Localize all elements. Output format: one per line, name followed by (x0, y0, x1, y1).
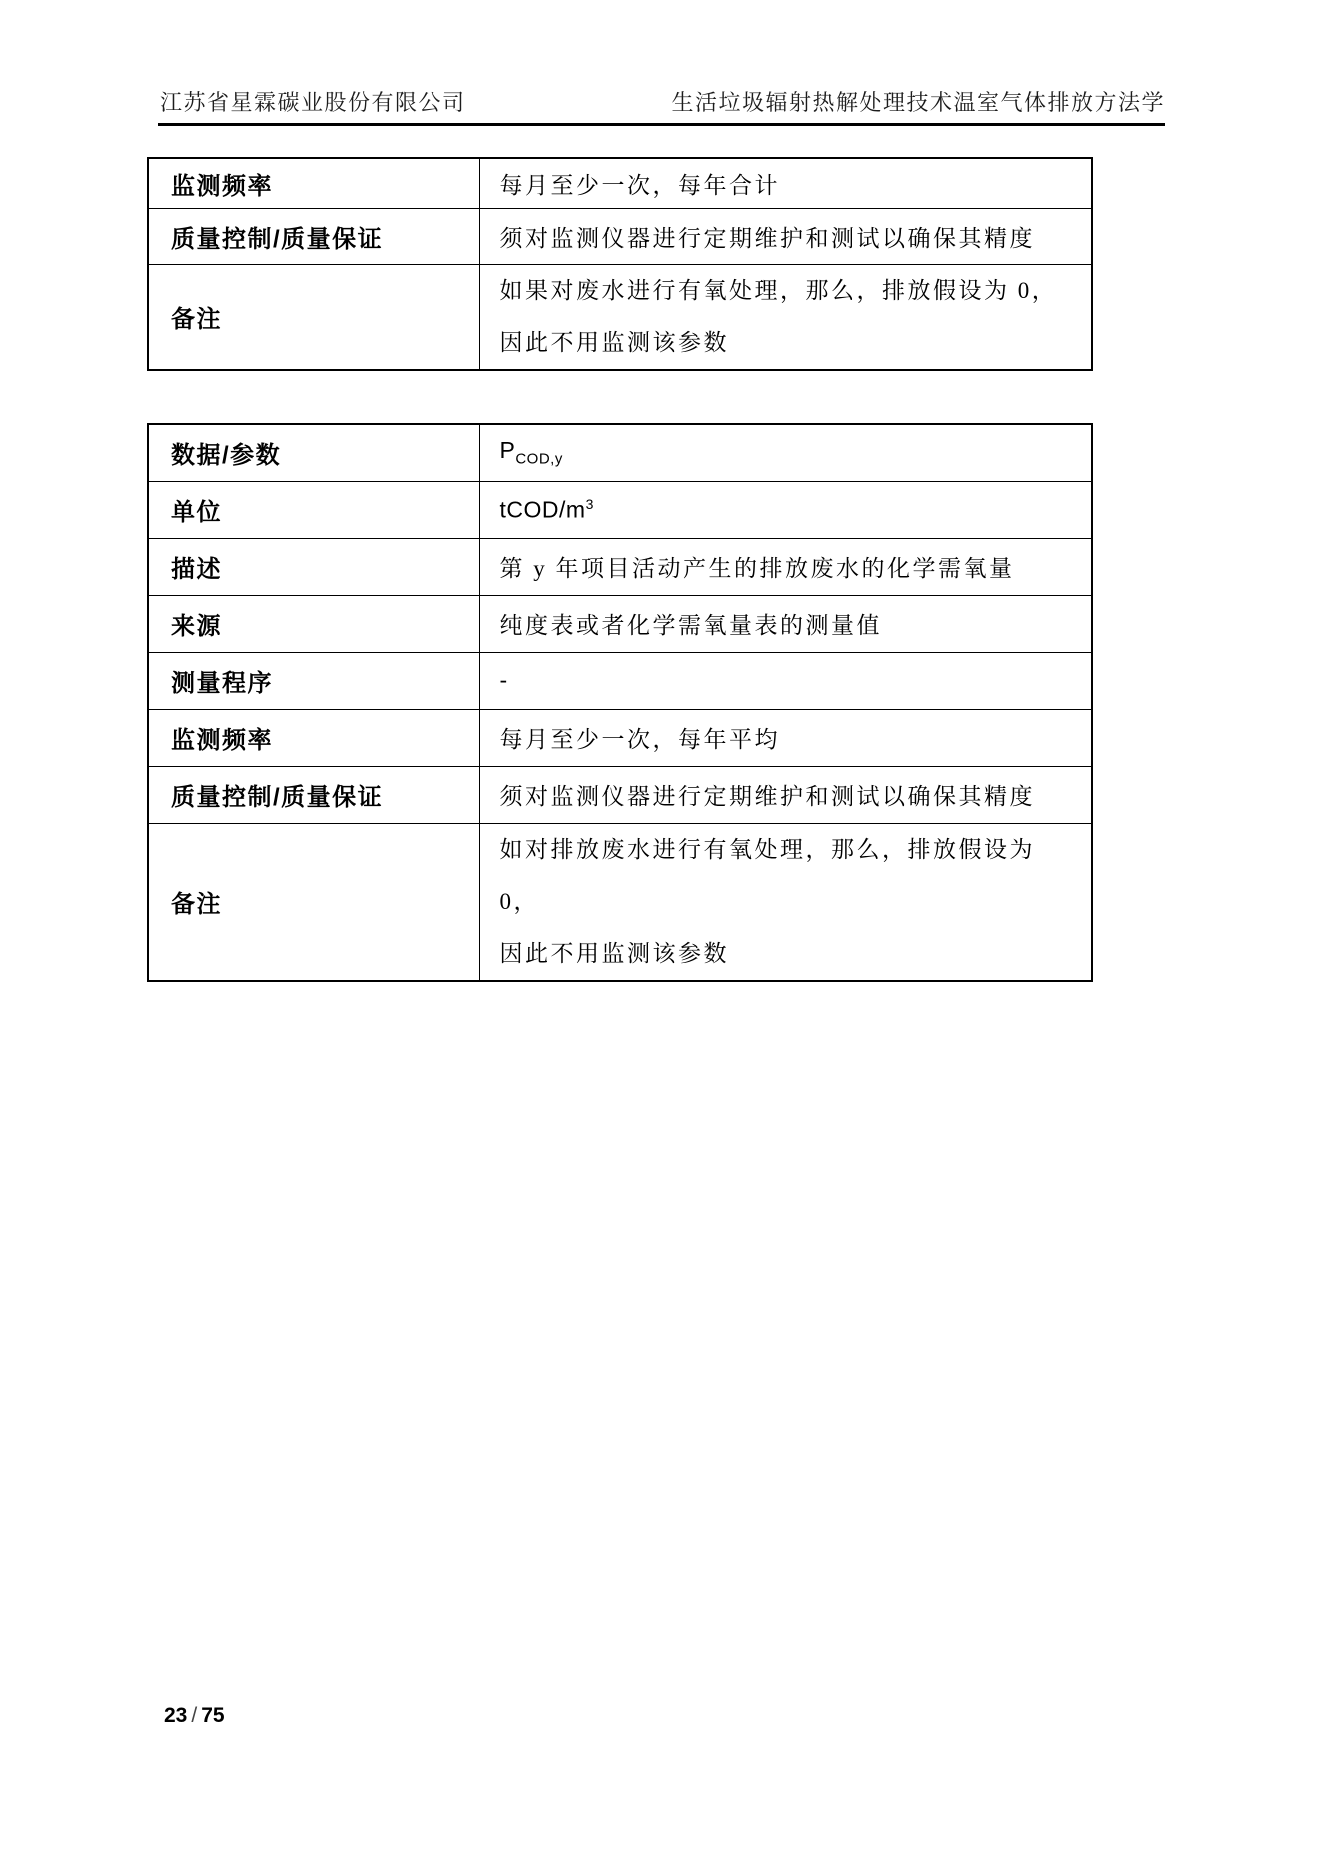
page-number-separator: / (187, 1704, 201, 1727)
row-value: 每月至少一次，每年平均 (479, 709, 1092, 766)
row-label: 质量控制/质量保证 (148, 208, 479, 264)
row-label: 备注 (148, 264, 479, 370)
row-value: PCOD,y (479, 424, 1092, 481)
table-row: 来源 纯度表或者化学需氧量表的测量值 (148, 595, 1092, 652)
row-value: 须对监测仪器进行定期维护和测试以确保其精度 (479, 208, 1092, 264)
parameter-subscript: COD,y (515, 451, 563, 468)
header-rule (158, 123, 1165, 126)
row-value-line: 因此不用监测该参数 (500, 928, 1082, 980)
row-label: 单位 (148, 481, 479, 538)
row-value: 第 y 年项目活动产生的排放废水的化学需氧量 (479, 538, 1092, 595)
unit-text: tCOD/m (500, 496, 586, 522)
row-label: 监测频率 (148, 158, 479, 208)
table-row: 备注 如对排放废水进行有氧处理，那么，排放假设为 0， 因此不用监测该参数 (148, 823, 1092, 981)
row-label: 数据/参数 (148, 424, 479, 481)
table-row: 监测频率 每月至少一次，每年合计 (148, 158, 1092, 208)
unit-superscript: 3 (586, 496, 594, 512)
row-value: 纯度表或者化学需氧量表的测量值 (479, 595, 1092, 652)
row-label: 测量程序 (148, 652, 479, 709)
table-row: 描述 第 y 年项目活动产生的排放废水的化学需氧量 (148, 538, 1092, 595)
total-pages: 75 (201, 1704, 224, 1727)
page-header: 江苏省星霖碳业股份有限公司 生活垃圾辐射热解处理技术温室气体排放方法学 (160, 86, 1165, 117)
row-label: 描述 (148, 538, 479, 595)
row-label: 监测频率 (148, 709, 479, 766)
row-value-line: 因此不用监测该参数 (500, 317, 1082, 369)
data-parameter-table: 数据/参数 PCOD,y 单位 tCOD/m3 描述 第 y 年项目活动产生的排… (147, 423, 1093, 982)
row-label: 备注 (148, 823, 479, 981)
row-value: - (479, 652, 1092, 709)
table-row: 监测频率 每月至少一次，每年平均 (148, 709, 1092, 766)
monitoring-table-continued: 监测频率 每月至少一次，每年合计 质量控制/质量保证 须对监测仪器进行定期维护和… (147, 157, 1093, 371)
row-label: 来源 (148, 595, 479, 652)
header-document-title: 生活垃圾辐射热解处理技术温室气体排放方法学 (671, 86, 1165, 117)
page-number: 23 (164, 1704, 187, 1727)
row-value: 须对监测仪器进行定期维护和测试以确保其精度 (479, 766, 1092, 823)
parameter-symbol: P (500, 437, 516, 463)
row-value: 每月至少一次，每年合计 (479, 158, 1092, 208)
row-value-line: 如果对废水进行有氧处理，那么，排放假设为 0， (500, 265, 1082, 317)
table-row: 数据/参数 PCOD,y (148, 424, 1092, 481)
table-row: 质量控制/质量保证 须对监测仪器进行定期维护和测试以确保其精度 (148, 208, 1092, 264)
header-company-name: 江苏省星霖碳业股份有限公司 (160, 86, 466, 117)
row-label: 质量控制/质量保证 (148, 766, 479, 823)
table-row: 单位 tCOD/m3 (148, 481, 1092, 538)
table-row: 质量控制/质量保证 须对监测仪器进行定期维护和测试以确保其精度 (148, 766, 1092, 823)
table-row: 测量程序 - (148, 652, 1092, 709)
row-value: tCOD/m3 (479, 481, 1092, 538)
document-page: 江苏省星霖碳业股份有限公司 生活垃圾辐射热解处理技术温室气体排放方法学 监测频率… (0, 0, 1323, 1871)
table-row: 备注 如果对废水进行有氧处理，那么，排放假设为 0， 因此不用监测该参数 (148, 264, 1092, 370)
row-value: 如果对废水进行有氧处理，那么，排放假设为 0， 因此不用监测该参数 (479, 264, 1092, 370)
page-footer: 23/75 (164, 1704, 225, 1728)
row-value-line: 如对排放废水进行有氧处理，那么，排放假设为 0， (500, 824, 1082, 928)
row-value: 如对排放废水进行有氧处理，那么，排放假设为 0， 因此不用监测该参数 (479, 823, 1092, 981)
